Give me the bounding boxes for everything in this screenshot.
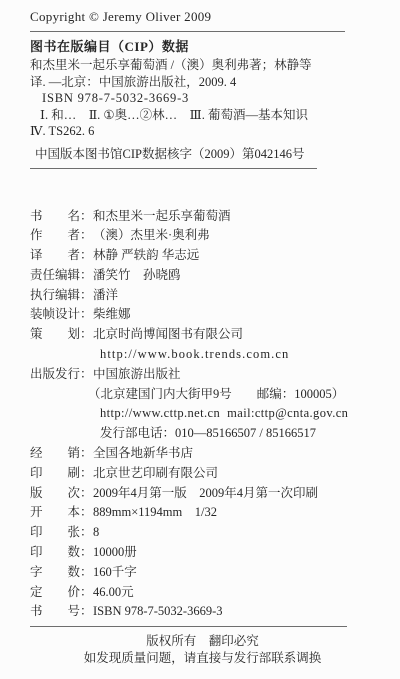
detail-row-publisher: 出版发行： 中国旅游出版社 <box>30 365 375 385</box>
detail-value: 46.00元 <box>93 583 375 603</box>
detail-row-isbn: 书 号： ISBN 978-7-5032-3669-3 <box>30 602 375 622</box>
detail-value: 中国旅游出版社 <box>93 365 375 385</box>
detail-label: 执行编辑： <box>30 286 93 306</box>
detail-label: 版 次： <box>30 484 93 504</box>
detail-label: 书 名： <box>30 207 93 227</box>
detail-value: 8 <box>93 523 375 543</box>
detail-value: ISBN 978-7-5032-3669-3 <box>93 602 375 622</box>
detail-row-designer: 装帧设计： 柴维娜 <box>30 305 375 325</box>
detail-label: 印 刷： <box>30 464 93 484</box>
detail-row-edition: 版 次： 2009年4月第一版 2009年4月第一次印刷 <box>30 484 375 504</box>
cip-block: 和杰里米一起乐享葡萄酒 /（澳）奥利弗著；林静等 译. —北京：中国旅游出版社，… <box>30 57 375 163</box>
detail-row-format: 开 本： 889mm×1194mm 1/32 <box>30 503 375 523</box>
detail-label: 出版发行： <box>30 365 93 385</box>
detail-value: 潘洋 <box>93 286 375 306</box>
cip-isbn: ISBN 978-7-5032-3669-3 <box>30 90 375 107</box>
publisher-website-email: http://www.cttp.net.cn mail:cttp@cnta.go… <box>30 404 375 424</box>
page-content: Copyright © Jeremy Oliver 2009 图书在版编目（CI… <box>0 0 400 667</box>
detail-row-executive-editor: 执行编辑： 潘洋 <box>30 286 375 306</box>
cip-class-code: Ⅳ. TS262. 6 <box>30 123 375 140</box>
publication-details: 书 名： 和杰里米一起乐享葡萄酒 作 者： （澳）杰里米·奥利弗 译 者： 林静… <box>30 207 375 623</box>
copyright-notice: 版权所有 翻印必究 <box>30 633 375 650</box>
detail-row-planner: 策 划： 北京时尚博闻图书有限公司 <box>30 325 375 345</box>
detail-row-printer: 印 刷： 北京世艺印刷有限公司 <box>30 464 375 484</box>
detail-value: 潘笑竹 孙晓鸥 <box>93 266 375 286</box>
detail-value: 和杰里米一起乐享葡萄酒 <box>93 207 375 227</box>
publisher-address: （北京建国门内大街甲9号 邮编：100005） <box>30 385 375 405</box>
divider-top <box>30 31 345 32</box>
detail-row-author: 作 者： （澳）杰里米·奥利弗 <box>30 226 375 246</box>
detail-row-distribution: 经 销： 全国各地新华书店 <box>30 444 375 464</box>
detail-label: 作 者： <box>30 226 93 246</box>
footer-notice: 版权所有 翻印必究 如发现质量问题，请直接与发行部联系调换 <box>30 633 375 667</box>
detail-label: 字 数： <box>30 563 93 583</box>
detail-label: 定 价： <box>30 583 93 603</box>
detail-row-word-count: 字 数： 160千字 <box>30 563 375 583</box>
cip-title-line-1: 和杰里米一起乐享葡萄酒 /（澳）奥利弗著；林静等 <box>30 57 375 74</box>
cip-record-number: 中国版本图书馆CIP数据核字（2009）第042146号 <box>30 146 375 163</box>
detail-value: 林静 严轶韵 华志远 <box>93 246 375 266</box>
detail-label: 开 本： <box>30 503 93 523</box>
detail-row-print-run: 印 数： 10000册 <box>30 543 375 563</box>
detail-label: 责任编辑： <box>30 266 93 286</box>
divider-bottom <box>30 626 347 627</box>
cip-classification: Ⅰ. 和… Ⅱ. ①奥…②林… Ⅲ. 葡萄酒—基本知识 <box>30 107 375 124</box>
detail-label: 印 数： <box>30 543 93 563</box>
copyright-line: Copyright © Jeremy Oliver 2009 <box>30 8 375 25</box>
detail-label: 书 号： <box>30 602 93 622</box>
planner-website: http://www.book.trends.com.cn <box>30 345 375 365</box>
detail-row-translators: 译 者： 林静 严轶韵 华志远 <box>30 246 375 266</box>
detail-row-title: 书 名： 和杰里米一起乐享葡萄酒 <box>30 207 375 227</box>
detail-value: 2009年4月第一版 2009年4月第一次印刷 <box>93 484 375 504</box>
detail-row-price: 定 价： 46.00元 <box>30 583 375 603</box>
detail-label: 策 划： <box>30 325 93 345</box>
detail-value: （澳）杰里米·奥利弗 <box>93 226 375 246</box>
detail-value: 160千字 <box>93 563 375 583</box>
detail-value: 全国各地新华书店 <box>93 444 375 464</box>
quality-contact-notice: 如发现质量问题，请直接与发行部联系调换 <box>30 650 375 667</box>
cip-title-line-2: 译. —北京：中国旅游出版社，2009. 4 <box>30 74 375 91</box>
distribution-phone: 发行部电话：010—85166507 / 85166517 <box>30 424 375 444</box>
detail-value: 889mm×1194mm 1/32 <box>93 503 375 523</box>
detail-value: 北京世艺印刷有限公司 <box>93 464 375 484</box>
detail-label: 译 者： <box>30 246 93 266</box>
divider-middle <box>30 168 317 169</box>
detail-label: 装帧设计： <box>30 305 93 325</box>
detail-value: 柴维娜 <box>93 305 375 325</box>
detail-row-managing-editor: 责任编辑： 潘笑竹 孙晓鸥 <box>30 266 375 286</box>
detail-value: 10000册 <box>93 543 375 563</box>
detail-row-sheets: 印 张： 8 <box>30 523 375 543</box>
copyright-page: Copyright © Jeremy Oliver 2009 图书在版编目（CI… <box>0 0 400 679</box>
detail-value: 北京时尚博闻图书有限公司 <box>93 325 375 345</box>
cip-heading: 图书在版编目（CIP）数据 <box>30 38 375 55</box>
detail-label: 印 张： <box>30 523 93 543</box>
detail-label: 经 销： <box>30 444 93 464</box>
